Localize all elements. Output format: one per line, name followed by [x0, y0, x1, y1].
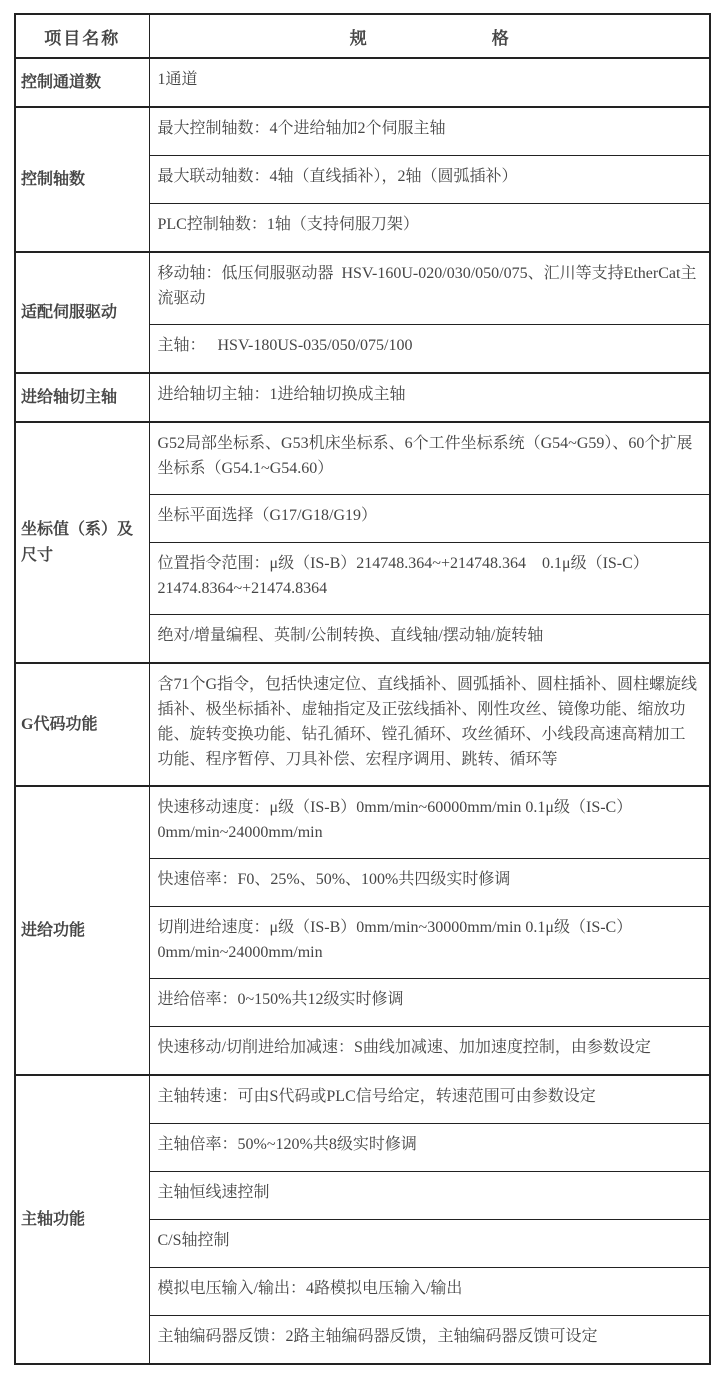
spec-cell: C/S轴控制 — [149, 1220, 710, 1268]
spec-table-body: 控制通道数1通道控制轴数最大控制轴数：4个进给轴加2个伺服主轴最大联动轴数：4轴… — [15, 58, 710, 1364]
table-row: 进给功能快速移动速度：μ级（IS-B）0mm/min~60000mm/min 0… — [15, 786, 710, 859]
section-label-cell: 控制轴数 — [15, 107, 149, 252]
section-label-cell: 适配伺服驱动 — [15, 252, 149, 373]
spec-cell: 主轴倍率：50%~120%共8级实时修调 — [149, 1124, 710, 1172]
section-label-cell: 进给功能 — [15, 786, 149, 1075]
table-row: 控制轴数最大控制轴数：4个进给轴加2个伺服主轴 — [15, 107, 710, 156]
spec-header-char-right: 格 — [492, 24, 509, 49]
section-label-cell: 进给轴切主轴 — [15, 373, 149, 422]
spec-cell: 主轴编码器反馈：2路主轴编码器反馈，主轴编码器反馈可设定 — [149, 1316, 710, 1365]
spec-cell: 位置指令范围：μ级（IS-B）214748.364~+214748.364 0.… — [149, 543, 710, 615]
spec-cell: 主轴恒线速控制 — [149, 1172, 710, 1220]
spec-header: 规 格 — [149, 14, 710, 58]
spec-cell: 切削进给速度：μ级（IS-B）0mm/min~30000mm/min 0.1μ级… — [149, 907, 710, 979]
spec-cell: 模拟电压输入/输出：4路模拟电压输入/输出 — [149, 1268, 710, 1316]
spec-cell: 最大联动轴数：4轴（直线插补），2轴（圆弧插补） — [149, 156, 710, 204]
spec-cell: 主轴： HSV-180US-035/050/075/100 — [149, 325, 710, 374]
spec-header-label: 规 格 — [154, 24, 706, 49]
spec-cell: 主轴转速：可由S代码或PLC信号给定，转速范围可由参数设定 — [149, 1075, 710, 1124]
spec-cell: 进给轴切主轴：1进给轴切换成主轴 — [149, 373, 710, 422]
section-label-cell: G代码功能 — [15, 663, 149, 786]
page: 项目名称 规 格 控制通道数1通道控制轴数最大控制轴数：4个进给轴加2个伺服主轴… — [0, 0, 724, 1381]
table-row: G代码功能含71个G指令，包括快速定位、直线插补、圆弧插补、圆柱插补、圆柱螺旋线… — [15, 663, 710, 786]
spec-cell: 快速倍率：F0、25%、50%、100%共四级实时修调 — [149, 859, 710, 907]
section-label-cell: 主轴功能 — [15, 1075, 149, 1364]
spec-cell: 含71个G指令，包括快速定位、直线插补、圆弧插补、圆柱插补、圆柱螺旋线插补、极坐… — [149, 663, 710, 786]
spec-cell: 绝对/增量编程、英制/公制转换、直线轴/摆动轴/旋转轴 — [149, 615, 710, 664]
table-row: 坐标值（系）及尺寸G52局部坐标系、G53机床坐标系、6个工件坐标系统（G54~… — [15, 422, 710, 495]
spec-cell: PLC控制轴数：1轴（支持伺服刀架） — [149, 204, 710, 253]
table-row: 进给轴切主轴进给轴切主轴：1进给轴切换成主轴 — [15, 373, 710, 422]
table-row: 控制通道数1通道 — [15, 58, 710, 107]
spec-cell: 进给倍率：0~150%共12级实时修调 — [149, 979, 710, 1027]
spec-cell: 1通道 — [149, 58, 710, 107]
spec-cell: 最大控制轴数：4个进给轴加2个伺服主轴 — [149, 107, 710, 156]
header-row: 项目名称 规 格 — [15, 14, 710, 58]
spec-cell: 快速移动速度：μ级（IS-B）0mm/min~60000mm/min 0.1μ级… — [149, 786, 710, 859]
section-label-cell: 坐标值（系）及尺寸 — [15, 422, 149, 663]
item-name-header: 项目名称 — [15, 14, 149, 58]
spec-header-char-left: 规 — [350, 24, 367, 49]
spec-cell: 坐标平面选择（G17/G18/G19） — [149, 495, 710, 543]
spec-cell: 快速移动/切削进给加减速：S曲线加减速、加加速度控制，由参数设定 — [149, 1027, 710, 1076]
table-row: 适配伺服驱动移动轴：低压伺服驱动器 HSV-160U-020/030/050/0… — [15, 252, 710, 325]
spec-cell: 移动轴：低压伺服驱动器 HSV-160U-020/030/050/075、汇川等… — [149, 252, 710, 325]
spec-cell: G52局部坐标系、G53机床坐标系、6个工件坐标系统（G54~G59）、60个扩… — [149, 422, 710, 495]
table-row: 主轴功能主轴转速：可由S代码或PLC信号给定，转速范围可由参数设定 — [15, 1075, 710, 1124]
spec-table: 项目名称 规 格 控制通道数1通道控制轴数最大控制轴数：4个进给轴加2个伺服主轴… — [14, 13, 711, 1365]
section-label-cell: 控制通道数 — [15, 58, 149, 107]
